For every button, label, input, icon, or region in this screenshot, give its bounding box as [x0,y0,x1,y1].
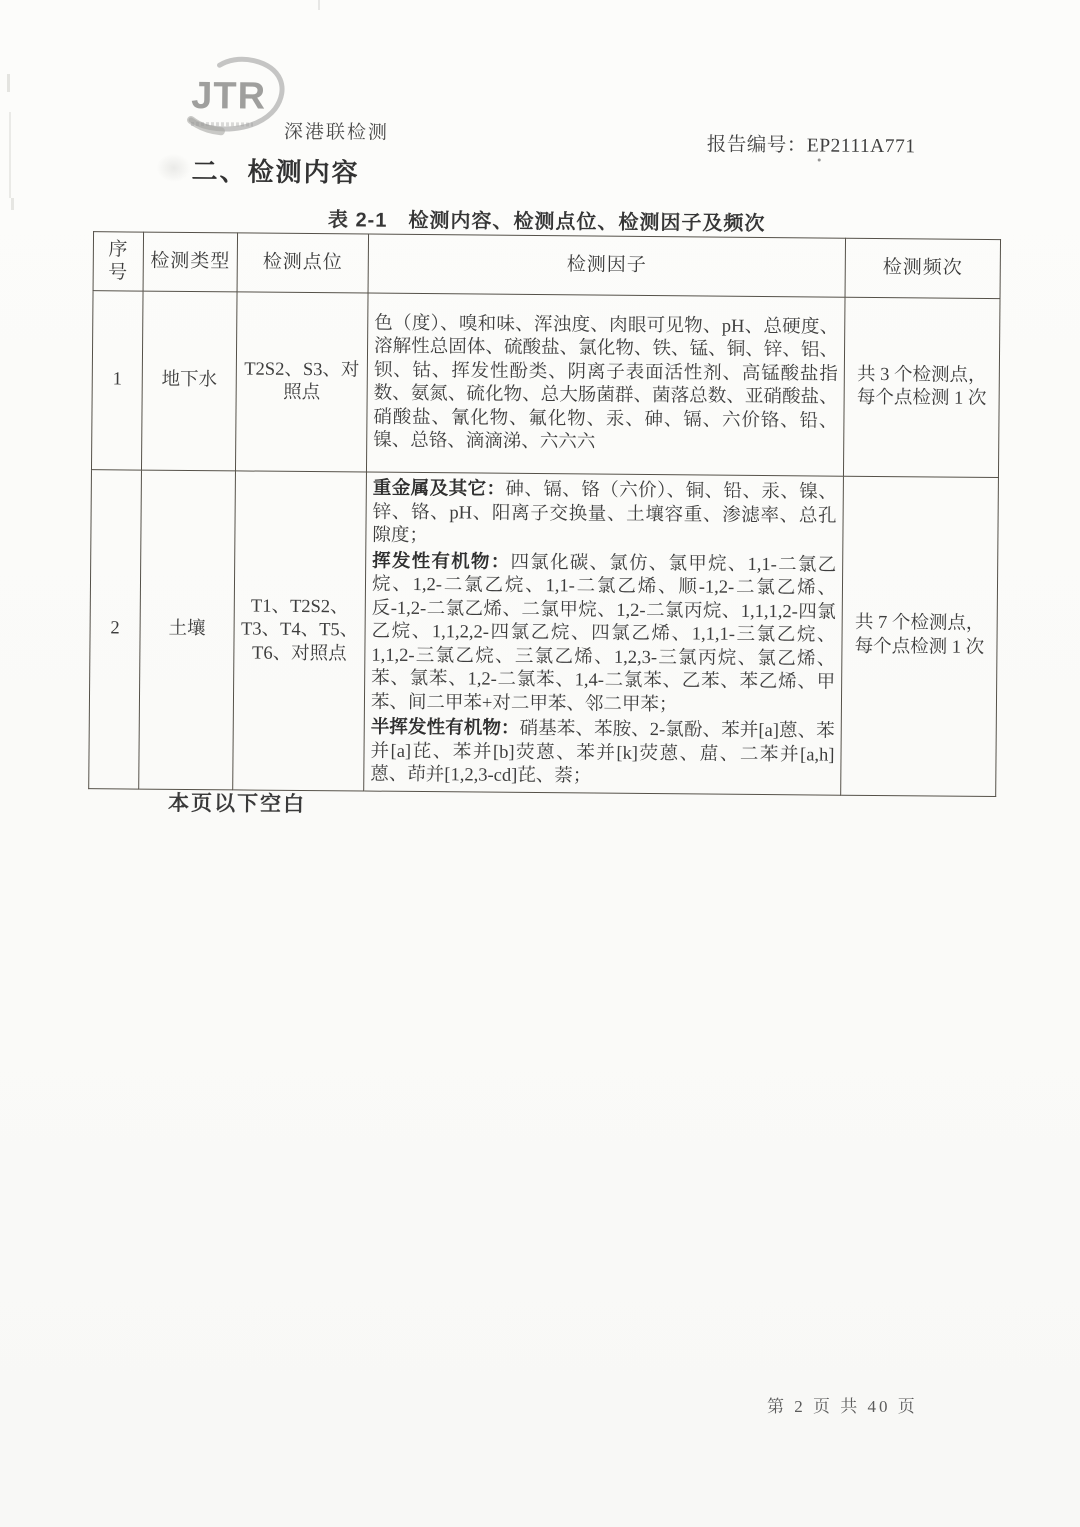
row2-factors: 重金属及其它：砷、镉、铬（六价）、铜、铅、汞、镍、锌、铬、pH、阳离子交换量、土… [364,472,844,795]
table-row: 2 土壤 T1、T2S2、T3、T4、T5、T6、对照点 重金属及其它：砷、镉、… [89,470,999,796]
brand-name: 深港联检测 [284,117,389,145]
row1-frequency: 共 3 个检测点，每个点检测 1 次 [843,297,1000,477]
header-seq: 序号 [93,232,144,291]
factor-group-vocs: 挥发性有机物：四氯化碳、氯仿、氯甲烷、1,1-二氯乙烷、1,2-二氯乙烷、1,1… [371,548,836,719]
row1-type: 地下水 [141,291,237,471]
scanned-report-page: JTR 深港联检测 报告编号：EP2111A771 二、检测内容 表 2-1 检… [0,0,1080,1527]
scan-dot-artifact [818,158,821,161]
document-body: JTR 深港联检测 报告编号：EP2111A771 二、检测内容 表 2-1 检… [0,0,1080,1206]
factor-group-svocs: 半挥发性有机物：硝基苯、苯胺、2-氯酚、苯并[a]蒽、苯并[a]芘、苯并[b]荧… [370,715,835,792]
page-number: 第 2 页 共 40 页 [767,1392,918,1417]
factor-group-text: 四氯化碳、氯仿、氯甲烷、1,1-二氯乙烷、1,2-二氯乙烷、1,1-二氯乙烯、顺… [371,552,836,714]
logo-text: JTR [191,75,266,118]
header-points: 检测点位 [237,233,369,293]
row1-points: T2S2、S3、对照点 [235,292,368,472]
factor-group-heavy-metals: 重金属及其它：砷、镉、铬（六价）、铜、铅、汞、镍、锌、铬、pH、阳离子交换量、土… [372,476,837,553]
row2-type: 土壤 [139,470,236,789]
header-type: 检测类型 [143,232,238,292]
blank-below-note: 本页以下空白 [168,787,306,818]
row1-factors: 色（度）、嗅和味、浑浊度、肉眼可见物、pH、总硬度、溶解性总固体、硫酸盐、氯化物… [366,293,845,476]
report-number-line: 报告编号：EP2111A771 [707,129,916,159]
row1-seq: 1 [91,291,143,470]
report-number-label: 报告编号： [707,134,807,156]
row2-frequency: 共 7 个检测点，每个点检测 1 次 [841,476,999,796]
report-number-value: EP2111A771 [807,135,916,157]
header-factors: 检测因子 [368,234,845,297]
section-title: 二、检测内容 [191,151,359,189]
scan-smudge [156,154,190,182]
factor-group-label: 重金属及其它： [373,477,506,499]
logo-tagline [191,122,253,127]
factor-group-label: 挥发性有机物： [372,549,510,571]
factor-group-label: 半挥发性有机物： [371,716,520,738]
row2-points: T1、T2S2、T3、T4、T5、T6、对照点 [233,471,367,791]
table-header-row: 序号 检测类型 检测点位 检测因子 检测频次 [93,232,1000,299]
header-frequency: 检测频次 [845,238,1001,298]
table-row: 1 地下水 T2S2、S3、对照点 色（度）、嗅和味、浑浊度、肉眼可见物、pH、… [91,291,1000,478]
monitoring-content-table: 序号 检测类型 检测点位 检测因子 检测频次 1 地下水 T2S2、S3、对照点… [88,231,1001,796]
row2-seq: 2 [89,470,142,789]
